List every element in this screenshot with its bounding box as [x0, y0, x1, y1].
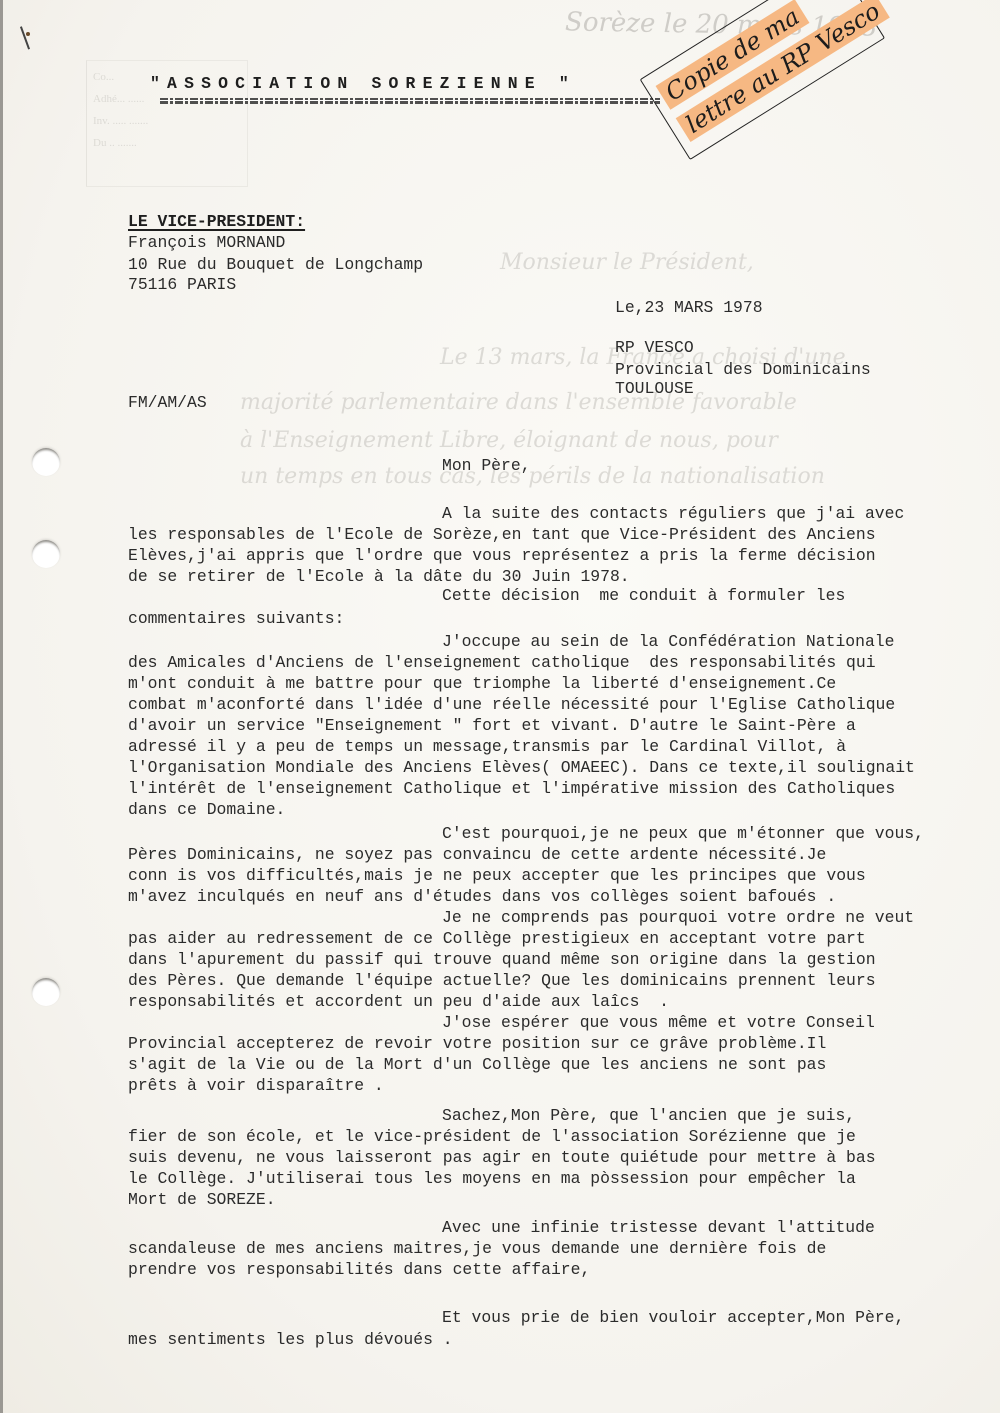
body-line: prendre vos responsabilités dans cette a…	[128, 1262, 590, 1278]
ghost-handwriting: Monsieur le Président,	[500, 250, 754, 275]
sender-title: LE VICE-PRESIDENT:	[128, 214, 305, 230]
ghost-handwriting: majorité parlementaire dans l'ensemble f…	[240, 390, 797, 415]
body-line: Elèves,j'ai appris que l'ordre que vous …	[128, 548, 876, 564]
ghost-handwriting: à l'Enseignement Libre, éloignant de nou…	[240, 428, 778, 453]
body-line: Avec une infinie tristesse devant l'atti…	[442, 1220, 875, 1236]
closing-line: Et vous prie de bien vouloir accepter,Mo…	[442, 1310, 904, 1326]
sender-street: 10 Rue du Bouquet de Longchamp	[128, 257, 423, 273]
recipient-role: Provincial des Dominicains	[615, 362, 871, 378]
body-line: Pères Dominicains, ne soyez pas convainc…	[128, 847, 826, 863]
body-line: combat m'aconforté dans l'idée d'une rée…	[128, 697, 895, 713]
body-line: conn is vos difficultés,mais je ne peux …	[128, 868, 866, 884]
body-line: suis devenu, ne vous laisseront pas agir…	[128, 1150, 876, 1166]
body-line: J'occupe au sein de la Confédération Nat…	[442, 634, 894, 650]
salutation: Mon Père,	[442, 458, 531, 474]
body-line: fier de son école, et le vice-président …	[128, 1129, 856, 1145]
body-line: s'agit de la Vie ou de la Mort d'un Coll…	[128, 1057, 826, 1073]
reference-code: FM/AM/AS	[128, 395, 207, 411]
body-line: J'ose espérer que vous même et votre Con…	[442, 1015, 875, 1031]
body-line: pas aider au redressement de ce Collège …	[128, 931, 866, 947]
ghost-handwriting: un temps en tous cas, les périls de la n…	[240, 464, 825, 489]
letter-date: Le,23 MARS 1978	[615, 300, 763, 316]
body-line: l'Organisation Mondiale des Anciens Elèv…	[128, 760, 915, 776]
staple-mark-icon	[18, 26, 32, 56]
body-line: Je ne comprends pas pourquoi votre ordre…	[442, 910, 914, 926]
punch-hole-icon	[32, 540, 60, 568]
heading-rule	[160, 98, 660, 104]
body-line: commentaires suivants:	[128, 611, 344, 627]
body-line: de se retirer de l'Ecole à la dâte du 30…	[128, 569, 630, 585]
body-line: des Pères. Que demande l'équipe actuelle…	[128, 973, 876, 989]
body-line: le Collège. J'utiliserai tous les moyens…	[128, 1171, 856, 1187]
recipient-name: RP VESCO	[615, 340, 694, 356]
body-line: les responsables de l'Ecole de Sorèze,en…	[128, 527, 876, 543]
body-line: dans ce Domaine.	[128, 802, 285, 818]
punch-hole-icon	[32, 448, 60, 476]
body-line: m'ont conduit à me battre pour que triom…	[128, 676, 836, 692]
body-line: Mort de SOREZE.	[128, 1192, 276, 1208]
body-line: Cette décision me conduit à formuler les	[442, 588, 845, 604]
organization-heading: "ASSOCIATION SOREZIENNE "	[150, 76, 576, 92]
body-line: prêts à voir disparaître .	[128, 1078, 384, 1094]
body-line: Provincial accepterez de revoir votre po…	[128, 1036, 826, 1052]
body-line: des Amicales d'Anciens de l'enseignement…	[128, 655, 876, 671]
body-line: m'avez inculqués en neuf ans d'études da…	[128, 889, 836, 905]
body-line: adressé il y a peu de temps un message,t…	[128, 739, 846, 755]
sender-name: François MORNAND	[128, 235, 285, 251]
body-line: C'est pourquoi,je ne peux que m'étonner …	[442, 826, 924, 842]
closing-line: mes sentiments les plus dévoués .	[128, 1332, 453, 1348]
body-line: scandaleuse de mes anciens maitres,je vo…	[128, 1241, 826, 1257]
body-line: d'avoir un service "Enseignement " fort …	[128, 718, 856, 734]
body-line: A la suite des contacts réguliers que j'…	[442, 506, 904, 522]
body-line: l'intérêt de l'enseignement Catholique e…	[128, 781, 895, 797]
body-line: dans l'apurement du passif qui trouve qu…	[128, 952, 876, 968]
body-line: responsabilités et accordent un peu d'ai…	[128, 994, 669, 1010]
page-edge	[0, 0, 3, 1413]
punch-hole-icon	[32, 978, 60, 1006]
letter-page: Co... Adhé... ...... Inv. ..... ....... …	[0, 0, 1000, 1413]
recipient-city: TOULOUSE	[615, 381, 694, 397]
sender-city: 75116 PARIS	[128, 277, 236, 293]
body-line: Sachez,Mon Père, que l'ancien que je sui…	[442, 1108, 855, 1124]
